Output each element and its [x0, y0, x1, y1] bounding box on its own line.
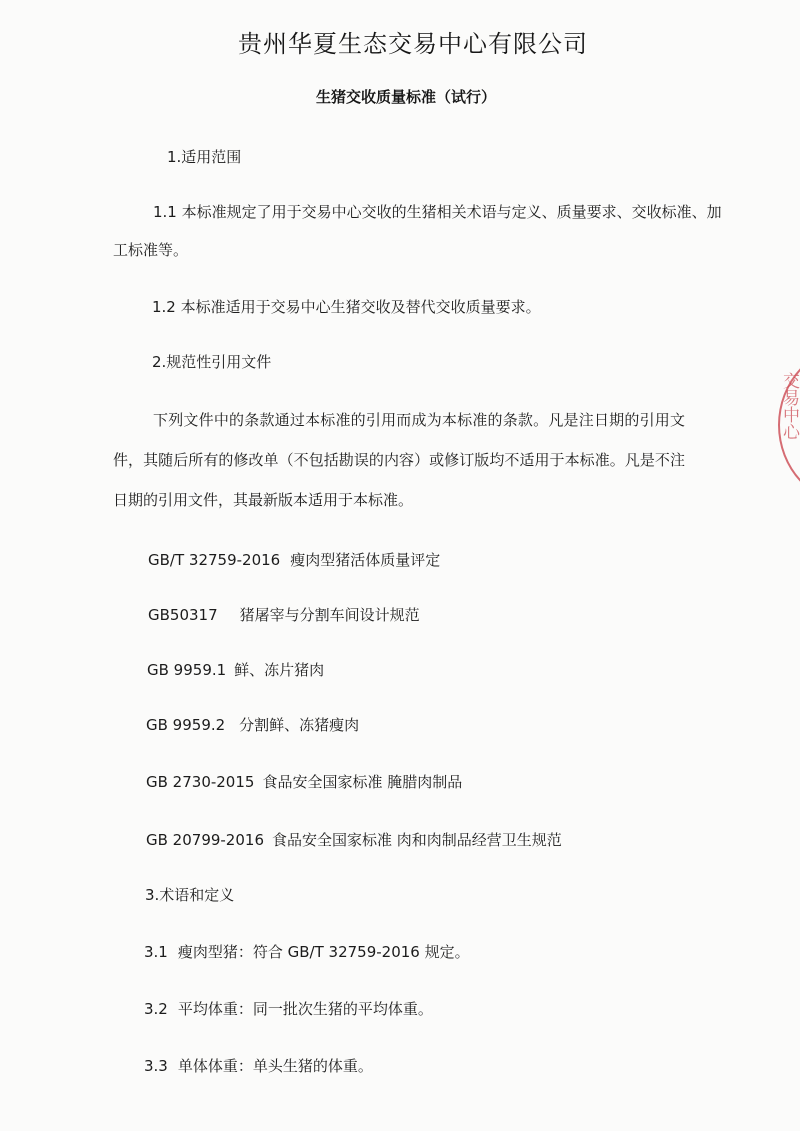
reference-name: 瘦肉型猪活体质量评定: [290, 551, 440, 569]
definition-number: 3.1: [144, 943, 168, 961]
definition-item: 3.3单体体重：单头生猪的体重。: [144, 1055, 373, 1076]
definition-text: 单体体重：单头生猪的体重。: [178, 1057, 373, 1075]
document-title: 生猪交收质量标准（试行）: [0, 86, 800, 107]
definition-number: 3.3: [144, 1057, 168, 1075]
clause-1-2: 1.2 本标准适用于交易中心生猪交收及替代交收质量要求。: [152, 296, 541, 317]
definition-item: 3.2平均体重：同一批次生猪的平均体重。: [144, 998, 433, 1019]
reference-name: 猪屠宰与分割车间设计规范: [240, 606, 420, 624]
document-page: 贵州华夏生态交易中心有限公司 生猪交收质量标准（试行） 1.适用范围 1.1 本…: [0, 0, 800, 1131]
definition-item: 3.1瘦肉型猪：符合 GB/T 32759-2016 规定。: [144, 941, 470, 962]
reference-name: 分割鲜、冻猪瘦肉: [239, 716, 359, 734]
reference-name: 食品安全国家标准 腌腊肉制品: [262, 773, 462, 791]
reference-item: GB 20799-2016食品安全国家标准 肉和肉制品经营卫生规范: [146, 829, 562, 850]
section-2-heading: 2.规范性引用文件: [152, 351, 271, 372]
reference-item: GB/T 32759-2016瘦肉型猪活体质量评定: [148, 549, 440, 570]
reference-item: GB 9959.1鲜、冻片猪肉: [147, 659, 324, 680]
clause-1-1-line-1: 1.1 本标准规定了用于交易中心交收的生猪相关术语与定义、质量要求、交收标准、加: [153, 201, 722, 222]
reference-code: GB 9959.2: [146, 716, 225, 734]
reference-item: GB 2730-2015食品安全国家标准 腌腊肉制品: [146, 771, 462, 792]
reference-item: GB50317猪屠宰与分割车间设计规范: [148, 604, 420, 625]
section-3-heading: 3.术语和定义: [145, 884, 234, 905]
reference-item: GB 9959.2分割鲜、冻猪瘦肉: [146, 714, 359, 735]
reference-code: GB 2730-2015: [146, 773, 254, 791]
reference-code: GB 9959.1: [147, 661, 226, 679]
section-1-heading: 1.适用范围: [167, 146, 241, 167]
company-name: 贵州华夏生态交易中心有限公司: [0, 24, 800, 59]
reference-code: GB/T 32759-2016: [148, 551, 280, 569]
clause-1-1-line-2: 工标准等。: [113, 239, 188, 260]
definition-text: 平均体重：同一批次生猪的平均体重。: [178, 1000, 433, 1018]
reference-name: 食品安全国家标准 肉和肉制品经营卫生规范: [272, 831, 562, 849]
seal-text: 交易中心: [784, 372, 800, 440]
reference-name: 鲜、冻片猪肉: [234, 661, 324, 679]
section-2-intro: 下列文件中的条款通过本标准的引用而成为本标准的条款。凡是注日期的引用文件，其随后…: [113, 400, 685, 520]
reference-code: GB50317: [148, 606, 218, 624]
definition-text: 瘦肉型猪：符合 GB/T 32759-2016 规定。: [178, 943, 470, 961]
reference-code: GB 20799-2016: [146, 831, 264, 849]
definition-number: 3.2: [144, 1000, 168, 1018]
